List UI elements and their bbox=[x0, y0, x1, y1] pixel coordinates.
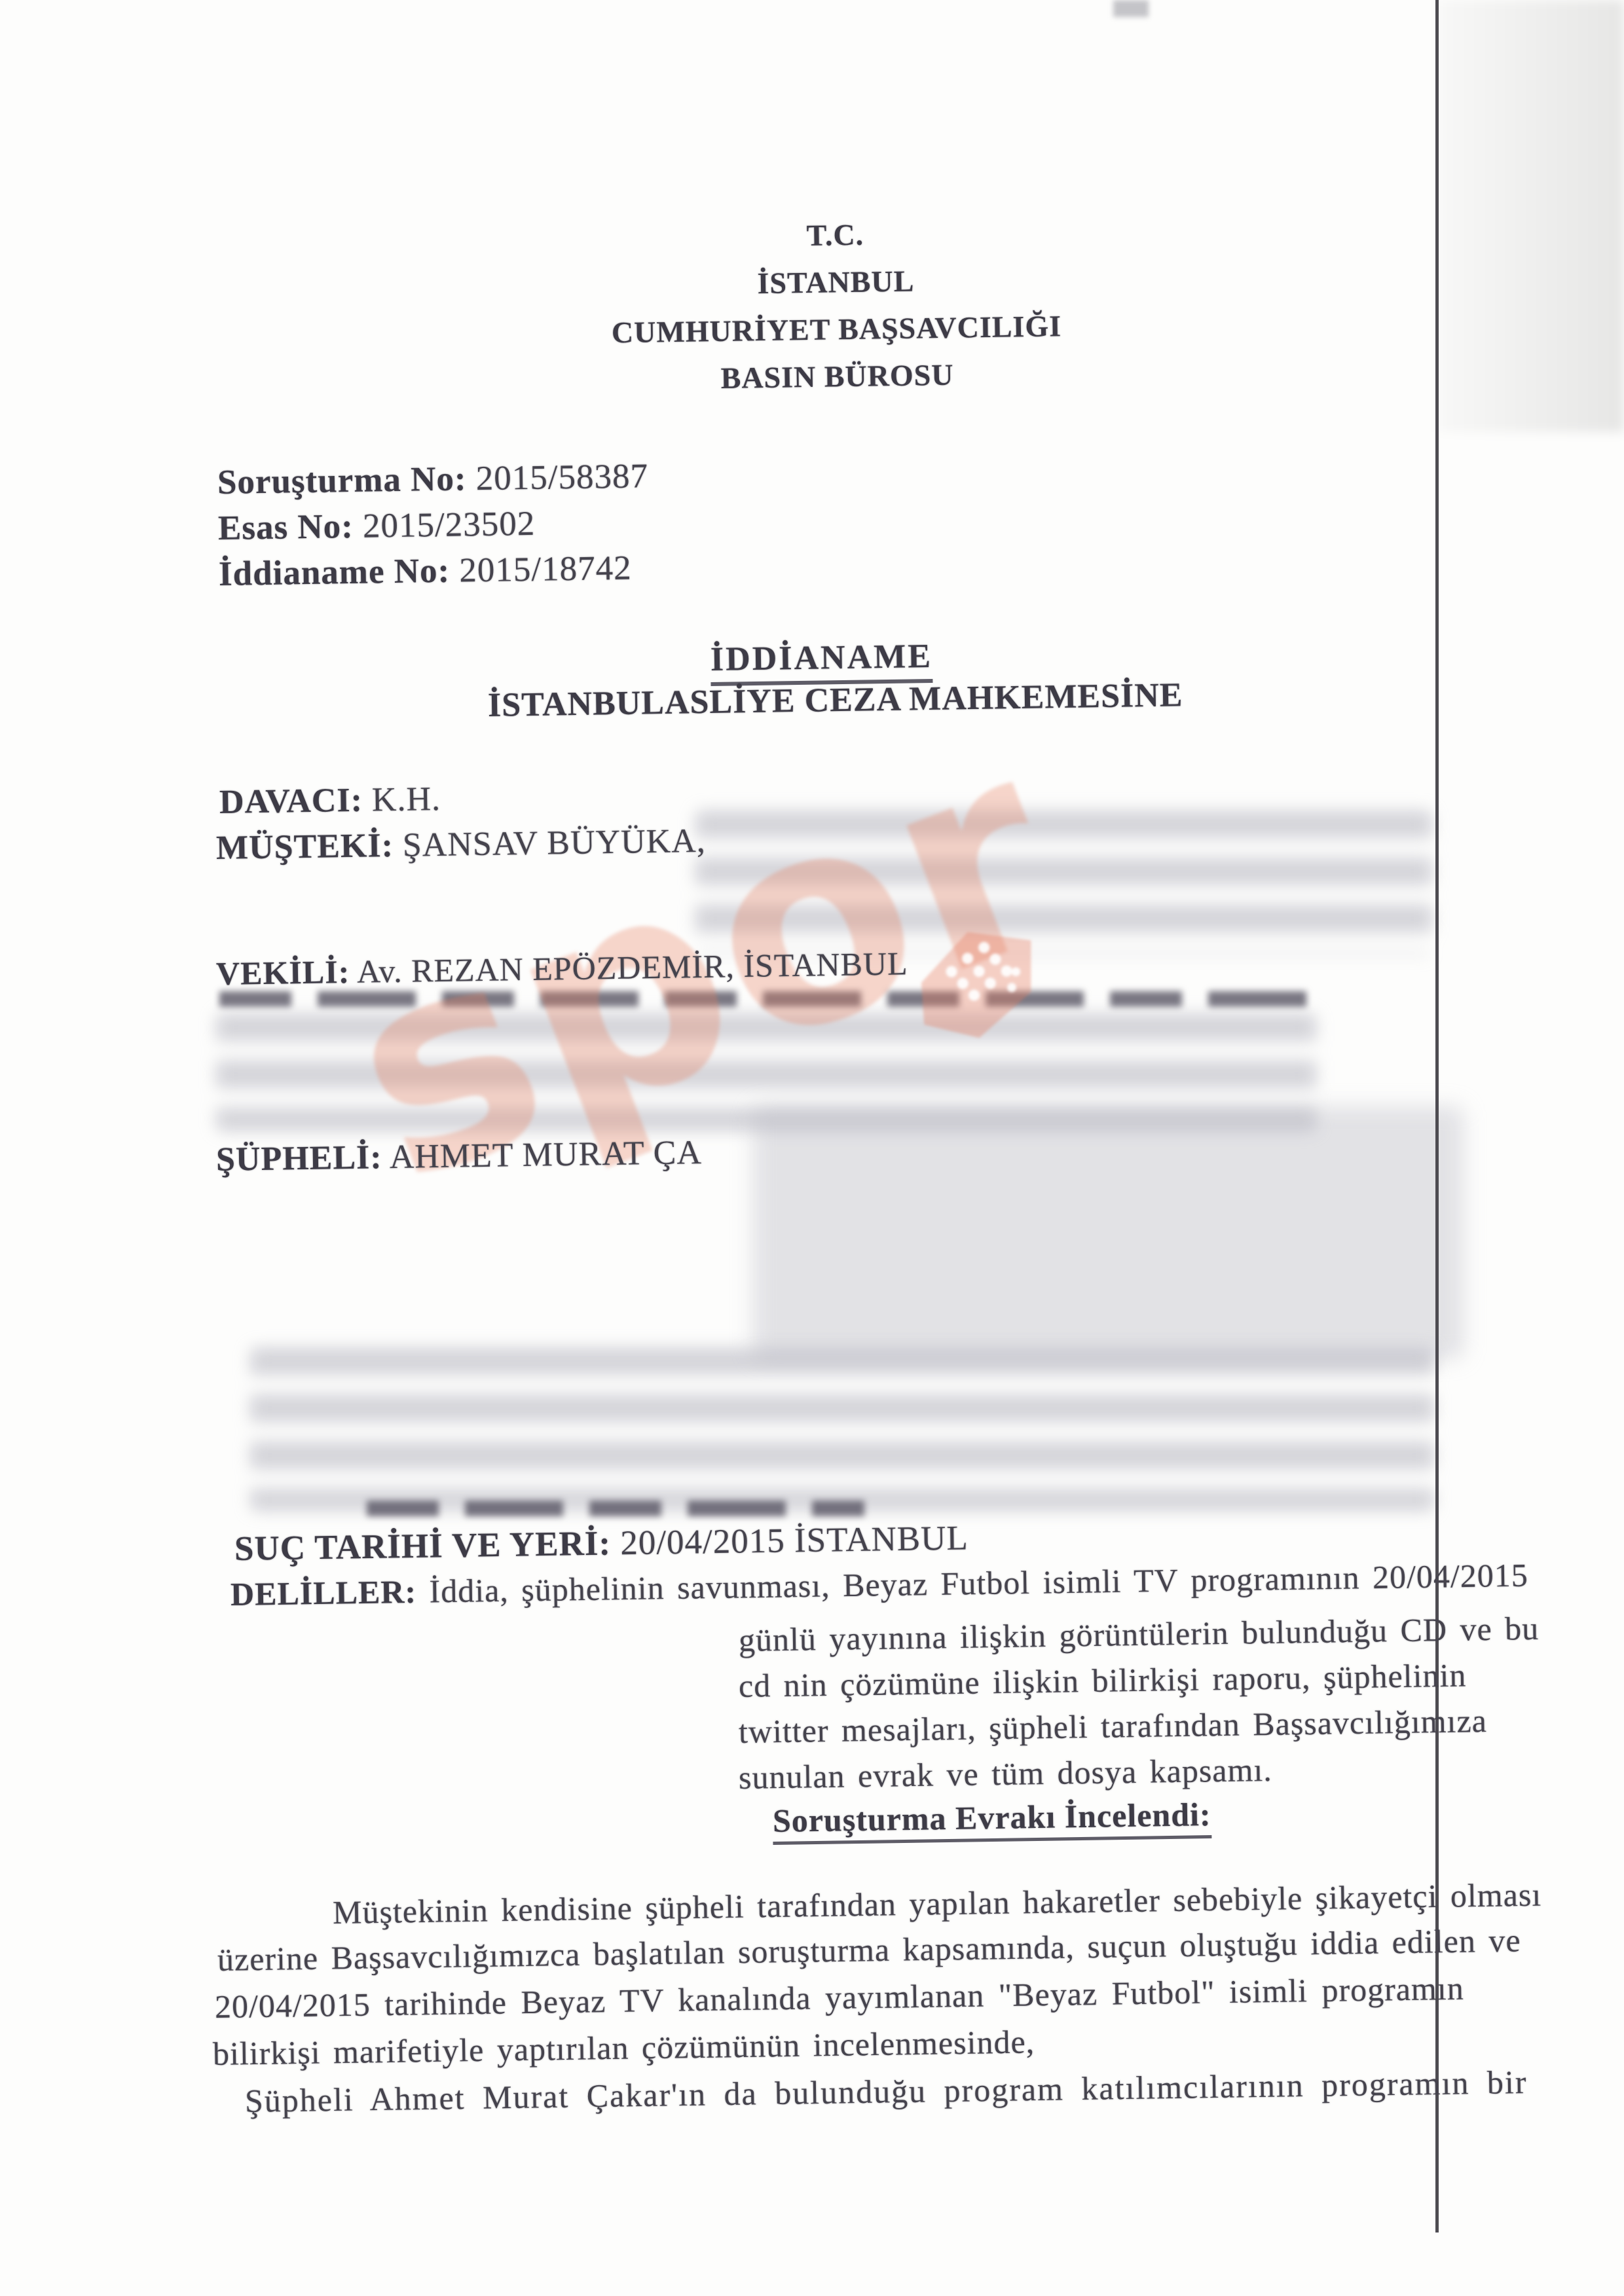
redacted-region-mid-lines bbox=[250, 1347, 1434, 1511]
vekili-value: Av. REZAN EPÖZDEMİR, İSTANBUL bbox=[357, 945, 908, 989]
scan-artifact-mark bbox=[1113, 0, 1149, 17]
iddianame-no-value: 2015/18742 bbox=[459, 549, 632, 590]
supheli-value: AHMET MURAT ÇA bbox=[389, 1134, 702, 1176]
esas-no-label: Esas No: bbox=[218, 507, 354, 547]
party-row-musteki: MÜŞTEKİ: ŞANSAV BÜYÜKA, bbox=[216, 822, 707, 867]
scanned-indictment-page: spor T.C. İSTANBUL CUMHURİYET BAŞSAVCILI… bbox=[0, 0, 1624, 2296]
davaci-label: DAVACI: bbox=[219, 782, 363, 821]
document-title: İDDİANAME bbox=[710, 637, 932, 686]
redacted-peek-line-bottom bbox=[367, 1501, 864, 1516]
section-heading: Soruşturma Evrakı İncelendi: bbox=[773, 1795, 1212, 1845]
sorusturma-no-value: 2015/58387 bbox=[475, 457, 648, 498]
sorusturma-no-label: Soruşturma No: bbox=[217, 460, 467, 501]
scan-edge-shadow bbox=[1438, 0, 1624, 432]
evidence-continuation-line: cd nin çözümüne ilişkin bilirkişi raporu… bbox=[739, 1656, 1467, 1705]
supheli-label: ŞÜPHELİ: bbox=[216, 1139, 382, 1178]
case-number-row: İddianame No: 2015/18742 bbox=[219, 545, 650, 597]
evidence-continuation-line: günlü yayınına ilişkin görüntülerin bulu… bbox=[739, 1609, 1540, 1659]
watermark-dice-icon bbox=[900, 911, 1058, 1057]
redacted-region-supheli-details bbox=[753, 1106, 1464, 1358]
musteki-value: ŞANSAV BÜYÜKA, bbox=[402, 822, 706, 864]
letterhead: T.C. İSTANBUL CUMHURİYET BAŞSAVCILIĞI BA… bbox=[540, 208, 1132, 405]
davaci-value: K.H. bbox=[371, 780, 441, 819]
crime-date-place-row: SUÇ TARİHİ VE YERİ: 20/04/2015 İSTANBUL bbox=[234, 1518, 969, 1569]
crime-date-place-value: 20/04/2015 İSTANBUL bbox=[620, 1519, 969, 1562]
evidence-continuation-line: sunulan evrak ve tüm dosya kapsamı. bbox=[739, 1751, 1273, 1796]
body-line: 20/04/2015 tarihinde Beyaz TV kanalında … bbox=[215, 1969, 1465, 2026]
letterhead-line-tc: T.C. bbox=[540, 208, 1130, 263]
party-row-davaci: DAVACI: K.H. bbox=[219, 780, 441, 822]
letterhead-line-office: CUMHURİYET BAŞSAVCILIĞI bbox=[542, 302, 1132, 357]
iddianame-no-label: İddianame No: bbox=[219, 552, 451, 593]
party-row-supheli: ŞÜPHELİ: AHMET MURAT ÇA bbox=[216, 1133, 703, 1179]
letterhead-line-bureau: BASIN BÜROSU bbox=[542, 349, 1132, 405]
esas-no-value: 2015/23502 bbox=[363, 505, 536, 545]
evidence-label: DELİLLER: bbox=[231, 1573, 417, 1613]
body-line: Şüpheli Ahmet Murat Çakar'ın da bulunduğ… bbox=[245, 2063, 1528, 2120]
case-number-row: Soruşturma No: 2015/58387 bbox=[217, 453, 648, 505]
addressee-court: İSTANBULASLİYE CEZA MAHKEMESİNE bbox=[488, 676, 1183, 725]
body-line: bilirkişi marifetiyle yaptırılan çözümün… bbox=[213, 2022, 1035, 2073]
vekili-label: VEKİLİ: bbox=[216, 953, 350, 992]
musteki-label: MÜŞTEKİ: bbox=[216, 827, 394, 867]
case-number-row: Esas No: 2015/23502 bbox=[217, 499, 649, 551]
case-numbers: Soruşturma No: 2015/58387 Esas No: 2015/… bbox=[217, 453, 650, 597]
evidence-line1: İddia, şüphelinin savunması, Beyaz Futbo… bbox=[429, 1557, 1528, 1610]
crime-date-place-label: SUÇ TARİHİ VE YERİ: bbox=[234, 1524, 612, 1568]
letterhead-line-city: İSTANBUL bbox=[541, 255, 1131, 310]
evidence-continuation-line: twitter mesajları, şüpheli tarafından Ba… bbox=[739, 1702, 1488, 1751]
